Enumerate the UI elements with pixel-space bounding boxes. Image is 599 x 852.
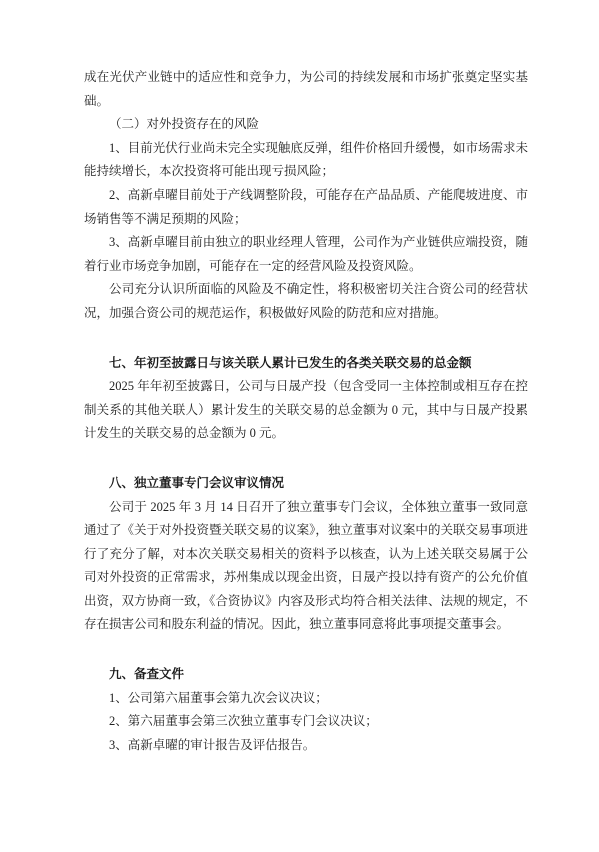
section-heading-7: 七、年初至披露日与该关联人累计已发生的各类关联交易的总金额 bbox=[84, 352, 528, 376]
body-paragraph-reference-doc-1: 1、公司第六届董事会第九次会议决议； bbox=[84, 687, 528, 711]
body-paragraph-risk-summary: 公司充分认识所面临的风险及不确定性，将积极密切关注合资公司的经营状况，加强合资公… bbox=[84, 278, 528, 325]
body-paragraph-reference-doc-3: 3、高新卓曜的审计报告及评估报告。 bbox=[84, 734, 528, 758]
body-paragraph-risk-3: 3、高新卓曜目前由独立的职业经理人管理，公司作为产业链供应端投资，随着行业市场竞… bbox=[84, 231, 528, 278]
body-paragraph-related-transactions: 2025 年年初至披露日，公司与日晟产投（包含受同一主体控制或相互存在控制关系的… bbox=[84, 375, 528, 446]
body-paragraph-independent-directors: 公司于 2025 年 3 月 14 日召开了独立董事专门会议，全体独立董事一致同… bbox=[84, 496, 528, 638]
body-paragraph-risk-1: 1、目前光伏行业尚未完全实现触底反弹，组件价格回升缓慢，如市场需求未能持续增长，… bbox=[84, 137, 528, 184]
body-paragraph-risk-2: 2、高新卓曜目前处于产线调整阶段，可能存在产品品质、产能爬坡进度、市场销售等不满… bbox=[84, 184, 528, 231]
section-heading-8: 八、独立董事专门会议审议情况 bbox=[84, 472, 528, 496]
section-subheading-risks: （二）对外投资存在的风险 bbox=[84, 113, 528, 137]
section-heading-9: 九、备查文件 bbox=[84, 663, 528, 687]
body-paragraph-continuation: 成在光伏产业链中的适应性和竞争力，为公司的持续发展和市场扩张奠定坚实基础。 bbox=[84, 66, 528, 113]
body-paragraph-reference-doc-2: 2、第六届董事会第三次独立董事专门会议决议； bbox=[84, 710, 528, 734]
document-page: 成在光伏产业链中的适应性和竞争力，为公司的持续发展和市场扩张奠定坚实基础。 （二… bbox=[0, 0, 599, 852]
